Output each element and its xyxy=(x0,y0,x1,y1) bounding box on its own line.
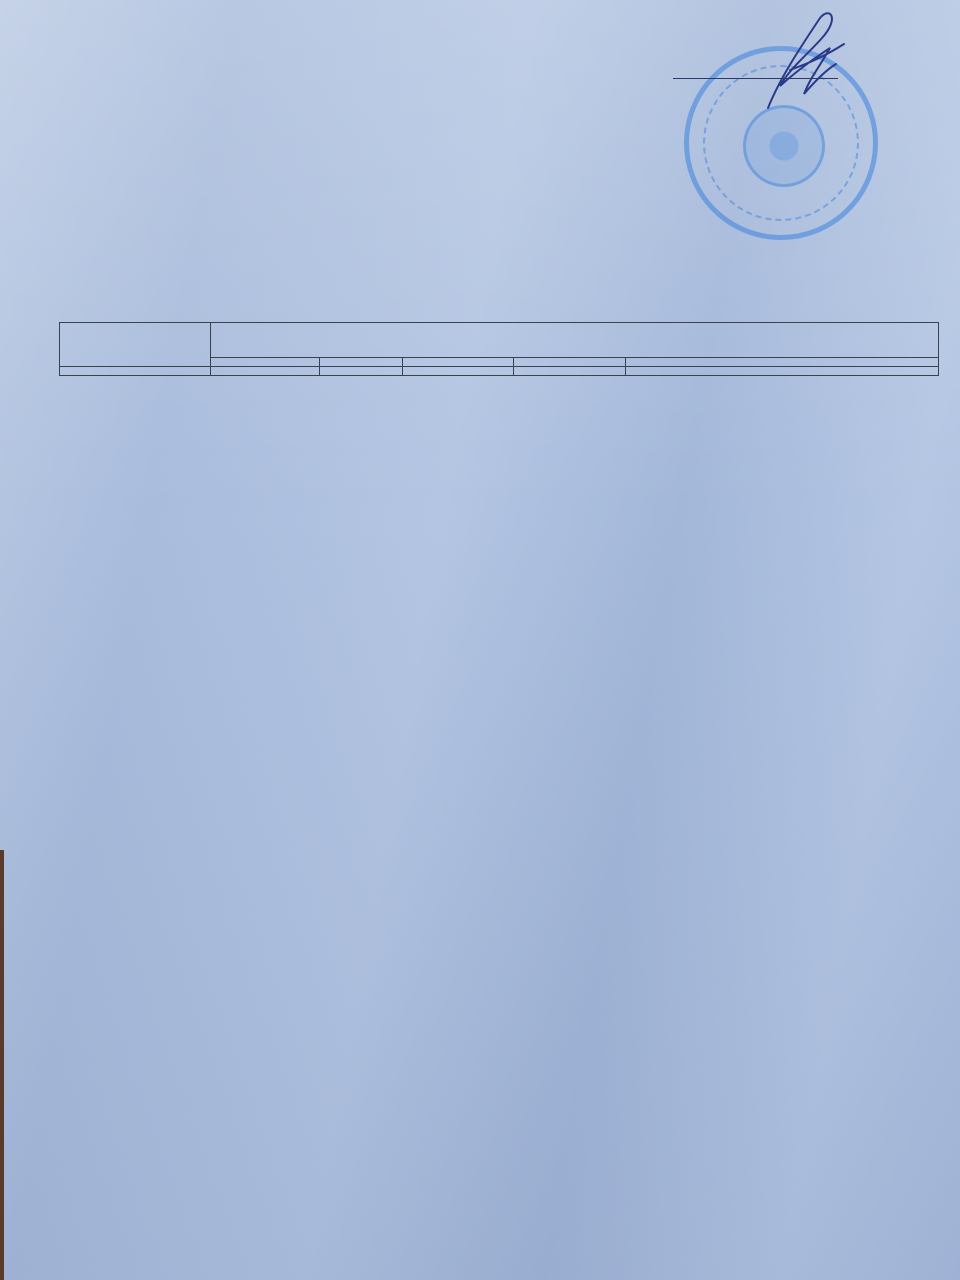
total-value xyxy=(514,367,626,376)
total-empty-2 xyxy=(320,367,403,376)
volume-header xyxy=(211,323,939,358)
signature-line xyxy=(673,78,838,79)
total-empty-4 xyxy=(626,367,939,376)
total-empty-1 xyxy=(211,367,320,376)
age-11-14-header xyxy=(403,358,514,367)
menu-table xyxy=(59,322,939,376)
price-old-header xyxy=(514,358,626,367)
signature-icon xyxy=(760,8,850,118)
table-header-row xyxy=(60,323,939,358)
table-total-row xyxy=(60,367,939,376)
dish-column-header xyxy=(60,323,211,367)
price-young-header xyxy=(320,358,403,367)
empty-right-column xyxy=(626,358,939,367)
age-6-10-header xyxy=(211,358,320,367)
total-label xyxy=(60,367,211,376)
total-empty-3 xyxy=(403,367,514,376)
table-surface-edge xyxy=(0,850,4,1280)
